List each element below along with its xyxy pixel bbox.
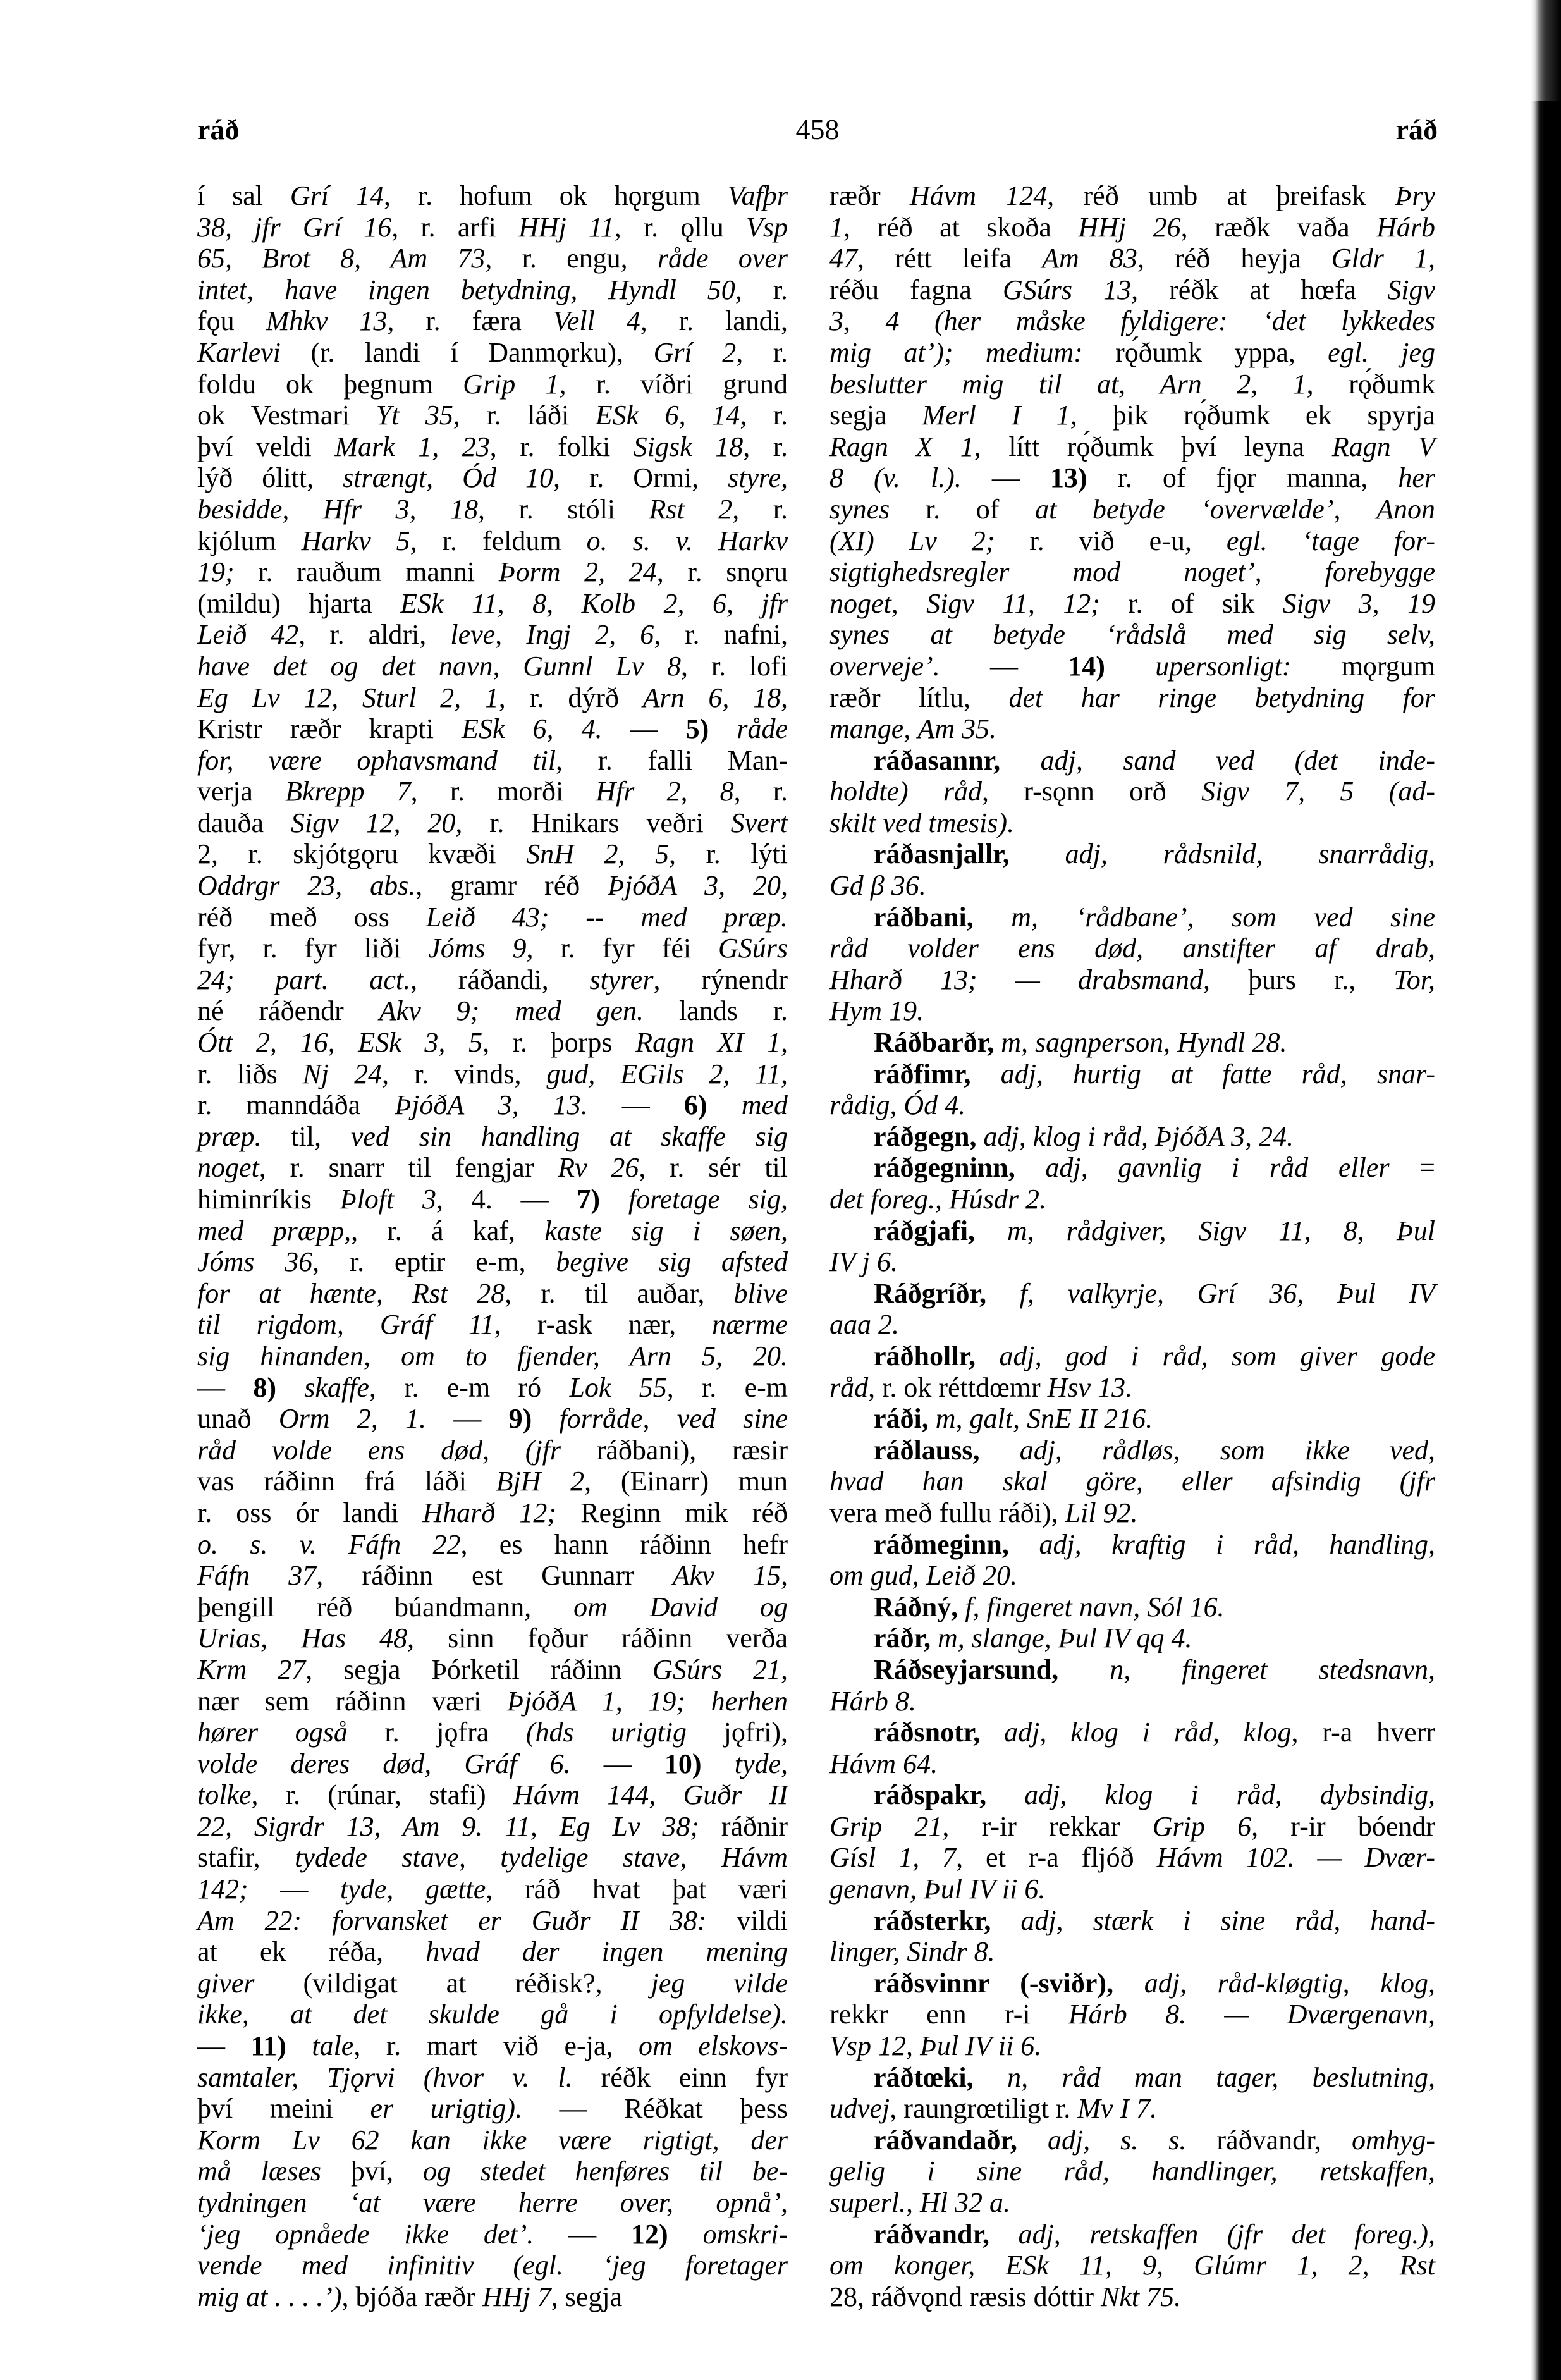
sense-number: 5) xyxy=(686,713,709,744)
plain-text: — xyxy=(940,651,1068,682)
plain-text: , r. ok réttdœmr xyxy=(868,1372,1048,1403)
italic-text: adj, klog i råd, ÞjóðA 3, 24. xyxy=(984,1121,1294,1152)
italic-text: Þloft 3 xyxy=(340,1184,436,1215)
italic-text: adj, gavnlig i råd eller xyxy=(1045,1152,1389,1183)
entry-headline: ráðsterkr, adj, stærk i sine råd, hand- xyxy=(829,1905,1435,1937)
text-line: Gd β 36. xyxy=(829,870,1435,902)
plain-text: ok Vestmari xyxy=(197,400,376,431)
text-line: (mildu) hjarta ESk 11, 8, Kolb 2, 6, jfr xyxy=(197,588,788,620)
italic-text: til rigdom, Gráf 11 xyxy=(197,1309,494,1340)
italic-text: ESk 6, 14 xyxy=(596,400,740,431)
plain-text: , xyxy=(1333,494,1376,525)
plain-text: því veldi xyxy=(197,431,334,462)
plain-text xyxy=(1058,1654,1110,1685)
plain-text xyxy=(976,1340,1000,1371)
italic-text: intet, have ingen betydning, Hyndl 50 xyxy=(197,274,735,305)
text-line: stafir, tydede stave, tydelige stave, Há… xyxy=(197,1842,788,1874)
italic-text: om David og xyxy=(573,1592,788,1622)
text-line: volde deres død, Gráf 6. — 10) tyde, xyxy=(197,1748,788,1780)
plain-text: , réð heyja xyxy=(1137,243,1331,274)
entry-headline: Ráðgríðr, f, valkyrje, Grí 36, Þul IV xyxy=(829,1278,1435,1310)
italic-text: adj, rådsnild, snarrådig, xyxy=(1065,838,1435,869)
text-line: tolke, r. (rúnar, stafi) Hávm 144, Guðr … xyxy=(197,1779,788,1811)
italic-text: Grip 21 xyxy=(829,1811,942,1842)
plain-text: , r-ask nær, xyxy=(494,1309,712,1340)
plain-text: ráðbani), ræsir xyxy=(561,1435,788,1466)
text-line: í sal Grí 14, r. hofum ok hǫrgum Vafþr xyxy=(197,180,788,212)
plain-text: því, xyxy=(321,2156,423,2187)
plain-text: , r. stóli xyxy=(478,494,649,525)
headword: ráðvandaðr, xyxy=(874,2125,1017,2156)
plain-text: , r. lýti xyxy=(669,838,788,869)
italic-text: (hds urigtig xyxy=(526,1717,687,1748)
entry-headline: ráðbani, m, ‘rådbane’, som ved sine xyxy=(829,902,1435,933)
text-column-left: í sal Grí 14, r. hofum ok hǫrgum Vafþr38… xyxy=(197,180,788,2312)
plain-text: , r. láði xyxy=(453,400,596,431)
text-line: aaa 2. xyxy=(829,1309,1435,1340)
italic-text: SnH 2, 5 xyxy=(526,838,669,869)
italic-text: hvad der ingen mening xyxy=(425,1936,788,1967)
plain-text: , r. nafni, xyxy=(654,619,788,650)
plain-text xyxy=(991,1905,1020,1936)
plain-text: , segja Þórketil ráðinn xyxy=(305,1654,652,1685)
plain-text: foldu ok þegnum xyxy=(197,369,463,400)
italic-text: Svert xyxy=(731,807,788,838)
italic-text: adj, råd-kløgtig, klog, xyxy=(1144,1968,1435,1999)
italic-text: Leið 43; -- med præp. xyxy=(426,902,788,933)
plain-text: þengill réð búandmann, xyxy=(197,1592,573,1622)
italic-text: o. s. v. Harkv xyxy=(587,525,788,556)
plain-text: fǫu xyxy=(197,305,266,336)
headword: ráðgegn, xyxy=(874,1121,977,1152)
text-line: o. s. v. Fáfn 22, es hann ráðinn hefr xyxy=(197,1529,788,1561)
text-line: segja Merl I 1, þik rǫ́ðumk ek spyrja xyxy=(829,400,1435,431)
plain-text: , gramr réð xyxy=(415,870,608,901)
italic-text: Nkt 75. xyxy=(1101,2281,1181,2312)
entry-headline: ráði, m, galt, SnE II 216. xyxy=(829,1403,1435,1435)
italic-text: m, sagnperson, Hyndl 28. xyxy=(1001,1027,1287,1058)
plain-text xyxy=(532,1403,559,1434)
text-line: holdte) råd, r-sǫnn orð Sigv 7, 5 (ad- xyxy=(829,776,1435,807)
plain-text xyxy=(1010,838,1065,869)
plain-text xyxy=(709,713,737,744)
text-line: (XI) Lv 2; r. við e-u, egl. ‘tage for- xyxy=(829,525,1435,557)
italic-text: beslutter mig til at, Arn 2, 1 xyxy=(829,369,1307,400)
text-line: rekkr enn r-i Hárb 8. — Dværgenavn, xyxy=(829,1999,1435,2030)
headword: ráðfimr, xyxy=(874,1058,971,1089)
entry-headline: ráðvandaðr, adj, s. s. ráðvandr, omhyg- xyxy=(829,2125,1435,2156)
headword: Ráðseyjarsund, xyxy=(874,1654,1058,1685)
italic-text: Ragn V xyxy=(1332,431,1435,462)
text-line: foldu ok þegnum Grip 1, r. víðri grund xyxy=(197,369,788,400)
italic-text: Am 35. xyxy=(917,713,996,744)
italic-text: Vsp xyxy=(746,212,788,243)
sense-number: 13) xyxy=(1050,462,1087,493)
text-line: for at hænte, Rst 28, r. til auðar, bliv… xyxy=(197,1278,788,1310)
plain-text: , r. færa xyxy=(387,305,553,336)
plain-text xyxy=(929,1403,936,1434)
italic-text: Krm 27 xyxy=(197,1654,305,1685)
italic-text: omskri- xyxy=(703,2219,788,2250)
italic-text: aaa 2. xyxy=(829,1309,899,1340)
italic-text: Hárb 8. xyxy=(829,1686,916,1717)
italic-text: præp. xyxy=(197,1121,261,1152)
text-line: 19; r. rauðum manni Þorm 2, 24, r. snǫru xyxy=(197,556,788,588)
headword: ráðasnjallr, xyxy=(874,838,1010,869)
plain-text: , lítt rǫ́ðumk því leyna xyxy=(974,431,1332,462)
plain-text xyxy=(986,1278,1020,1309)
italic-text: Sigv 3, 19 xyxy=(1283,588,1435,619)
plain-text: segja xyxy=(829,400,922,431)
text-line: 24; part. act., ráðandi, styrer, rýnendr xyxy=(197,964,788,996)
text-line: Hávm 64. xyxy=(829,1748,1435,1780)
italic-text: adj, god i råd, som giver gode xyxy=(999,1340,1435,1371)
text-line: Gísl 1, 7, et r-a fljóð Hávm 102. — Dvær… xyxy=(829,1842,1435,1874)
italic-text: om elskovs- xyxy=(639,2030,788,2061)
italic-text: HHj 7 xyxy=(482,2281,551,2312)
entry-headline: ráðhollr, adj, god i råd, som giver gode xyxy=(829,1340,1435,1372)
plain-text: , r-ir bóendr xyxy=(1251,1811,1435,1842)
plain-text xyxy=(980,1717,1004,1748)
headword: ráðsvinnr (-sviðr), xyxy=(874,1968,1113,1999)
entry-headline: ráðtœki, n, råd man tager, beslutning, xyxy=(829,2062,1435,2094)
plain-text: , r. landi, xyxy=(640,305,788,336)
italic-text: Hárb xyxy=(1376,212,1435,243)
italic-text: mange, xyxy=(829,713,910,744)
italic-text: genavn, Þul IV ii 6. xyxy=(829,1874,1045,1905)
italic-text: Hávm 64. xyxy=(829,1748,938,1779)
italic-text: 1 xyxy=(829,212,843,243)
headword: ráðtœki, xyxy=(874,2062,974,2093)
text-line: sig hinanden, om to fjender, Arn 5, 20. xyxy=(197,1340,788,1372)
text-line: því meini er urigtig). — Réðkat þess xyxy=(197,2093,788,2125)
text-line: r. liðs Nj 24, r. vinds, gud, EGils 2, 1… xyxy=(197,1058,788,1090)
italic-text: Sigv 7, 5 (ad- xyxy=(1201,776,1435,807)
headword: ráðasannr, xyxy=(874,745,1000,776)
plain-text: , r. eptir e-m, xyxy=(312,1246,556,1277)
italic-text: Am 83 xyxy=(1042,243,1137,274)
text-line: linger, Sindr 8. xyxy=(829,1936,1435,1968)
plain-text: kjólum xyxy=(197,525,302,556)
plain-text: , r. e-m ró xyxy=(369,1372,570,1403)
italic-text: Hym 19. xyxy=(829,995,924,1026)
sense-number: 14) xyxy=(1068,651,1105,682)
italic-text: have det og det navn, Gunnl Lv 8 xyxy=(197,651,681,682)
text-line: intet, have ingen betydning, Hyndl 50, r… xyxy=(197,274,788,306)
italic-text: egl. ‘tage for- xyxy=(1227,525,1435,556)
plain-text: r. jǫfra xyxy=(348,1717,526,1748)
italic-text: må læses xyxy=(197,2156,321,2187)
plain-text xyxy=(974,902,1012,933)
sense-number: 9) xyxy=(509,1403,532,1434)
headword: ráðsterkr, xyxy=(874,1905,991,1936)
text-line: ræðr Hávm 124, réð umb at þreifask Þry xyxy=(829,180,1435,212)
italic-text: adj, klog i råd, dybsindig, xyxy=(1024,1779,1435,1810)
italic-text: råd volder ens død, anstifter af drab, xyxy=(829,933,1435,964)
plain-text: , réð at skoða xyxy=(843,212,1078,243)
italic-text: ESk 6, 4. xyxy=(462,713,603,744)
italic-text: nærme xyxy=(712,1309,788,1340)
text-line: beslutter mig til at, Arn 2, 1, rǫ́ðumk xyxy=(829,369,1435,400)
plain-text: , r. xyxy=(743,431,788,462)
italic-text: f, fingeret navn, Sól 16. xyxy=(965,1592,1224,1622)
plain-text: , r. þorps xyxy=(482,1027,635,1058)
plain-text: , r. xyxy=(732,494,788,525)
italic-text: Yt 35 xyxy=(376,400,453,431)
plain-text xyxy=(286,2030,312,2061)
entry-headline: ráðlauss, adj, rådløs, som ikke ved, xyxy=(829,1435,1435,1466)
italic-text: 47 xyxy=(829,243,857,274)
plain-text xyxy=(979,1435,1019,1466)
italic-text: m, rådgiver, Sigv 11, 8, Þul xyxy=(1007,1215,1435,1246)
plain-text: , rýnendr xyxy=(653,964,788,995)
italic-text: adj, stærk i sine råd, hand- xyxy=(1020,1905,1435,1936)
text-line: Karlevi (r. landi í Danmǫrku), Grí 2, r. xyxy=(197,337,788,369)
plain-text: r. rauðum manni xyxy=(235,556,499,587)
plain-text xyxy=(1017,2125,1048,2156)
italic-text: Karlevi xyxy=(197,337,281,368)
text-line: — 11) tale, r. mart við e-ja, om elskovs… xyxy=(197,2030,788,2062)
plain-text: jǫfri), xyxy=(687,1717,788,1748)
plain-text: — xyxy=(197,2030,251,2061)
headword: ráðgegninn, xyxy=(874,1152,1015,1183)
italic-text: Vafþr xyxy=(728,180,788,211)
plain-text: mǫrgum xyxy=(1291,651,1435,682)
italic-text: adj, rådløs, som ikke ved, xyxy=(1020,1435,1435,1466)
italic-text: ‘jeg opnåede ikke det’. xyxy=(197,2219,534,2250)
italic-text: begive sig afsted xyxy=(556,1246,788,1277)
italic-text: Vell 4 xyxy=(553,305,640,336)
italic-text: Urias, Has 48 xyxy=(197,1622,407,1653)
plain-text xyxy=(974,2062,1007,2093)
italic-text: upersonligt: xyxy=(1155,651,1291,682)
text-line: mig at’); medium: rǫ́ðumk yppa, egl. jeg xyxy=(829,337,1435,369)
italic-text: Hharð 13; — drabsmand xyxy=(829,964,1203,995)
italic-text: adj, sand ved (det inde- xyxy=(1041,745,1435,776)
italic-text: Akv 15, xyxy=(673,1560,788,1591)
italic-text: Grip 1 xyxy=(463,369,559,400)
plain-text: , r-sǫnn orð xyxy=(982,776,1201,807)
plain-text: , r. snǫru xyxy=(657,556,788,587)
plain-text: til, xyxy=(261,1121,350,1152)
plain-text: = xyxy=(1389,1152,1435,1183)
plain-text: (vildigat at réðisk?, xyxy=(254,1968,651,1999)
italic-text: Gd β 36. xyxy=(829,870,926,901)
plain-text: , r. xyxy=(736,337,788,368)
italic-text: giver xyxy=(197,1968,254,1999)
italic-text: Ótt 2, 16, ESk 3, 5 xyxy=(197,1027,482,1058)
text-line: 38, jfr Grí 16, r. arfi HHj 11, r. ǫllu … xyxy=(197,212,788,243)
entry-headline: ráðspakr, adj, klog i råd, dybsindig, xyxy=(829,1779,1435,1811)
entry-headline: ráðasnjallr, adj, rådsnild, snarrådig, xyxy=(829,838,1435,870)
text-line: Ótt 2, 16, ESk 3, 5, r. þorps Ragn XI 1, xyxy=(197,1027,788,1058)
text-line: om konger, ESk 11, 9, Glúmr 1, 2, Rst xyxy=(829,2250,1435,2281)
text-line: Eg Lv 12, Sturl 2, 1, r. dýrð Arn 6, 18, xyxy=(197,682,788,714)
headword: ráðvandr, xyxy=(874,2219,989,2250)
plain-text xyxy=(1105,651,1155,682)
sense-number: 10) xyxy=(664,1748,702,1779)
plain-text: , ráðandi, xyxy=(410,964,589,995)
plain-text: r. oss ór landi xyxy=(197,1497,422,1528)
text-line: Kristr ræðr krapti ESk 6, 4. — 5) råde xyxy=(197,713,788,745)
text-line: med præpp,, r. á kaf, kaste sig i søen, xyxy=(197,1215,788,1247)
plain-text xyxy=(1015,1152,1046,1183)
entry-headline: ráðsvinnr (-sviðr), adj, råd-kløgtig, kl… xyxy=(829,1968,1435,1999)
sense-number: 6) xyxy=(684,1089,707,1120)
italic-text: (XI) Lv 2; xyxy=(829,525,995,556)
text-line: 22, Sigrdr 13, Am 9. 11, Eg Lv 38; ráðni… xyxy=(197,1811,788,1843)
italic-text: leve, Ingj 2, 6 xyxy=(450,619,654,650)
plain-text: , r. morði xyxy=(411,776,596,807)
entry-headline: ráðgjafi, m, rådgiver, Sigv 11, 8, Þul xyxy=(829,1215,1435,1247)
italic-text: Mhkv 13 xyxy=(266,305,388,336)
plain-text: vera með fullu ráði), xyxy=(829,1497,1065,1528)
italic-text: adj, klog i råd, klog xyxy=(1004,1717,1291,1748)
headword: ráðr, xyxy=(874,1622,931,1653)
italic-text: Fáfn 37 xyxy=(197,1560,316,1591)
italic-text: GSúrs 13 xyxy=(1003,274,1131,305)
italic-text: Ragn XI 1, xyxy=(635,1027,788,1058)
italic-text: tale xyxy=(312,2030,353,2061)
headword: ráði, xyxy=(874,1403,929,1434)
plain-text xyxy=(958,1592,965,1622)
plain-text: , r. (rúnar, stafi) xyxy=(252,1779,513,1810)
italic-text: hører også xyxy=(197,1717,348,1748)
text-line: Urias, Has 48, sinn fǫður ráðinn verða xyxy=(197,1622,788,1654)
text-line: besidde, Hfr 3, 18, r. stóli Rst 2, r. xyxy=(197,494,788,525)
text-line: Hharð 13; — drabsmand, þurs r., Tor, xyxy=(829,964,1435,996)
page-number: 458 xyxy=(197,113,1438,146)
plain-text: , r. Hnikars veðri xyxy=(455,807,730,838)
plain-text xyxy=(994,1027,1001,1058)
plain-text: , réð umb at þreifask xyxy=(1047,180,1395,211)
text-line: Krm 27, segja Þórketil ráðinn GSúrs 21, xyxy=(197,1654,788,1686)
italic-text: IV j 6. xyxy=(829,1246,898,1277)
italic-text: Akv 9; med gen. xyxy=(379,995,644,1026)
italic-text: vende med infinitiv (egl. ‘jeg foretager xyxy=(197,2250,788,2281)
plain-text: , r. vinds, xyxy=(382,1058,546,1089)
plain-text: , (Einarr) mun xyxy=(584,1466,788,1497)
italic-text: noget xyxy=(197,1152,259,1183)
plain-text: , r. lofi xyxy=(681,651,788,682)
plain-text: — xyxy=(197,1372,253,1403)
plain-text: , r. falli Man- xyxy=(556,745,788,776)
headword: ráðbani, xyxy=(874,902,974,933)
plain-text: , et r-a fljóð xyxy=(956,1842,1156,1873)
italic-text: råd xyxy=(829,1372,868,1403)
plain-text: , r. engu, xyxy=(485,243,657,274)
plain-text xyxy=(931,1622,938,1653)
italic-text: tolke xyxy=(197,1779,252,1810)
plain-text xyxy=(910,713,917,744)
text-line: 47, rétt leifa Am 83, réð heyja Gldr 1, xyxy=(829,243,1435,274)
plain-text: r. manndáða xyxy=(197,1089,395,1120)
text-line: fǫu Mhkv 13, r. færa Vell 4, r. landi, xyxy=(197,305,788,337)
plain-text: (mildu) hjarta xyxy=(197,588,400,619)
italic-text: tyde, gætte xyxy=(340,1874,486,1905)
italic-text: jeg vilde xyxy=(651,1968,788,1999)
text-line: verja Bkrepp 7, r. morði Hfr 2, 8, r. xyxy=(197,776,788,807)
plain-text: vildi xyxy=(706,1905,788,1936)
plain-text: at ek réða, xyxy=(197,1936,425,1967)
text-line: r. manndáða ÞjóðA 3, 13. — 6) med xyxy=(197,1089,788,1121)
italic-text: styrer xyxy=(589,964,653,995)
italic-text: udvej xyxy=(829,2093,890,2124)
plain-text: , r. fyr féi xyxy=(527,933,718,964)
italic-text: med præpp, xyxy=(197,1215,351,1246)
italic-text: adj, s. s. xyxy=(1048,2125,1186,2156)
plain-text: , rǫ́ðumk xyxy=(1307,369,1435,400)
plain-text: í sal xyxy=(197,180,290,211)
plain-text xyxy=(989,2219,1019,2250)
italic-text: GSúrs xyxy=(718,933,788,964)
text-line: 65, Brot 8, Am 73, r. engu, råde over xyxy=(197,243,788,274)
entry-headline: Ráðbarðr, m, sagnperson, Hyndl 28. xyxy=(829,1027,1435,1058)
text-line: genavn, Þul IV ii 6. xyxy=(829,1874,1435,1905)
plain-text: ráðvandr, xyxy=(1186,2125,1352,2156)
text-line: Oddrgr 23, abs., gramr réð ÞjóðA 3, 20, xyxy=(197,870,788,902)
italic-text: Jóms 9 xyxy=(428,933,526,964)
italic-text: Rst 2 xyxy=(649,494,733,525)
plain-text xyxy=(986,1779,1024,1810)
text-line: dauða Sigv 12, 20, r. Hnikars veðri Sver… xyxy=(197,807,788,839)
text-line: lýð ólitt, strængt, Ód 10, r. Ormi, styr… xyxy=(197,462,788,494)
plain-text: ræðr xyxy=(829,180,910,211)
sense-number: 11) xyxy=(251,2030,286,2061)
text-line: synes at betyde ‘rådslå med sig selv, xyxy=(829,619,1435,651)
italic-text: gud, EGils 2, 11, xyxy=(546,1058,788,1089)
italic-text: Sigsk 18 xyxy=(634,431,743,462)
plain-text: , es hann ráðinn hefr xyxy=(461,1529,788,1560)
plain-text: , r. til auðar, xyxy=(505,1278,733,1309)
sense-number: 12) xyxy=(631,2219,668,2250)
plain-text: , r. xyxy=(734,776,788,807)
text-line: Ragn X 1, lítt rǫ́ðumk því leyna Ragn V xyxy=(829,431,1435,463)
entry-headline: ráðr, m, slange, Þul IV qq 4. xyxy=(829,1622,1435,1654)
italic-text: rådig, Ód 4. xyxy=(829,1089,965,1120)
text-column-right: ræðr Hávm 124, réð umb at þreifask Þry1,… xyxy=(829,180,1435,2312)
italic-text: skilt ved tmesis). xyxy=(829,807,1014,838)
plain-text: — xyxy=(603,713,686,744)
text-line: unað Orm 2, 1. — 9) forråde, ved sine xyxy=(197,1403,788,1435)
plain-text: 28, ráðvǫnd ræsis dóttir xyxy=(829,2281,1101,2312)
italic-text: Sigv xyxy=(1387,274,1435,305)
italic-text: Þry xyxy=(1395,180,1435,211)
plain-text: dauða xyxy=(197,807,291,838)
text-line: have det og det navn, Gunnl Lv 8, r. lof… xyxy=(197,651,788,682)
italic-text: sigtighedsregler mod noget’, forebygge xyxy=(829,556,1435,587)
entry-headline: ráðvandr, adj, retskaffen (jfr det foreg… xyxy=(829,2219,1435,2250)
plain-text: , r-a hverr xyxy=(1292,1717,1435,1748)
plain-text: — xyxy=(248,1874,340,1905)
plain-text xyxy=(975,1215,1007,1246)
italic-text: ÞjóðA 1, 19; herhen xyxy=(507,1686,788,1717)
plain-text: , ráð hvat þat væri xyxy=(486,1874,788,1905)
italic-text: 22, Sigrdr 13, Am 9. 11, Eg Lv 38; xyxy=(197,1811,699,1842)
italic-text: gelig i sine råd, handlinger, retskaffen… xyxy=(829,2156,1435,2187)
text-line: ‘jeg opnåede ikke det’. — 12) omskri- xyxy=(197,2219,788,2250)
plain-text: , ræðk vaða xyxy=(1181,212,1376,243)
scanned-page-edge xyxy=(1531,0,1561,2380)
italic-text: f, valkyrje, Grí 36, Þul IV xyxy=(1020,1278,1435,1309)
plain-text: , rétt leifa xyxy=(857,243,1042,274)
italic-text: råde xyxy=(737,713,788,744)
text-line: hører også r. jǫfra (hds urigtig jǫfri), xyxy=(197,1717,788,1748)
italic-text: foretage sig, xyxy=(628,1184,788,1215)
entry-headline: ráðsnotr, adj, klog i råd, klog, r-a hve… xyxy=(829,1717,1435,1748)
text-line: 1, réð at skoða HHj 26, ræðk vaða Hárb xyxy=(829,212,1435,243)
plain-text: (r. landi í Danmǫrku), xyxy=(281,337,654,368)
